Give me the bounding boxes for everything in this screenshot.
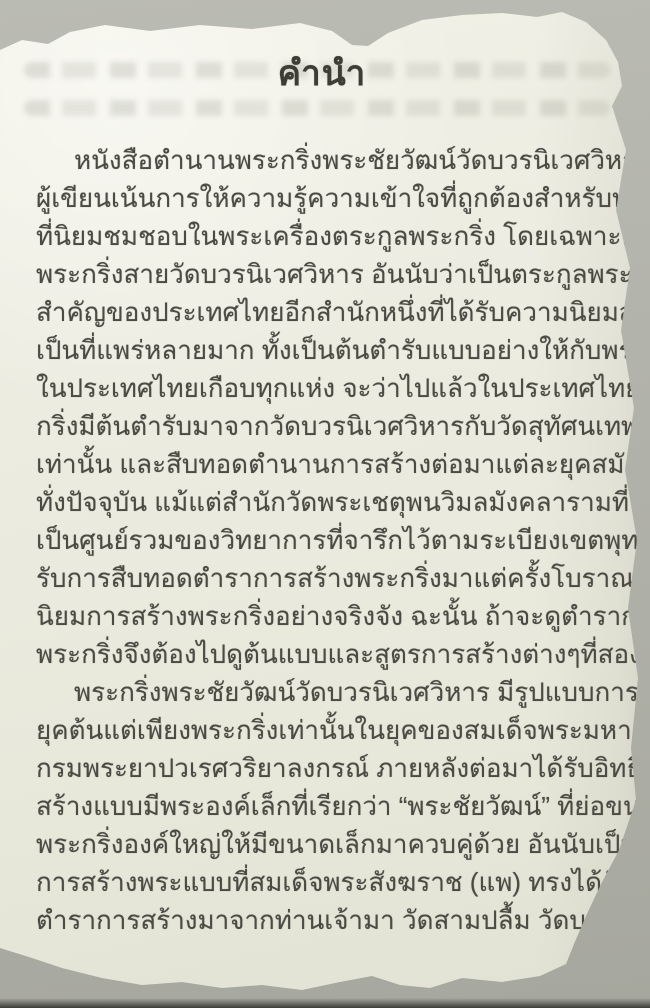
book-page-photo: คำนำ หนังสือตำนานพระกริ่งพระชัยวัฒน์วัดบ… (0, 0, 650, 1008)
text-line: พระกริ่งพระชัยวัฒน์วัดบวรนิเวศวิหาร มีรู… (36, 673, 614, 711)
text-line: ตำราการสร้างมาจากท่านเจ้ามา วัดสามปลื้ม … (36, 901, 614, 939)
text-line: พระกริ่งองค์ใหญ่ให้มีขนาดเล็กมาควบคู่ด้ว… (36, 825, 614, 863)
text-line: นิยมการสร้างพระกริ่งอย่างจริงจัง ฉะนั้น … (36, 597, 614, 635)
text-line: สร้างแบบมีพระองค์เล็กที่เรียกว่า “พระชัย… (36, 787, 614, 825)
text-line: ผู้เขียนเน้นการให้ความรู้ความเข้าใจที่ถู… (36, 179, 614, 217)
text-line: เป็นที่แพร่หลายมาก ทั้งเป็นต้นตำรับแบบอย… (36, 331, 614, 369)
text-line: สำคัญของประเทศไทยอีกสำนักหนึ่งที่ได้รับค… (36, 293, 614, 331)
text-line: กริ่งมีต้นตำรับมาจากวัดบวรนิเวศวิหารกับว… (36, 407, 614, 445)
text-line: เป็นศูนย์รวมของวิทยาการที่จารึกไว้ตามระเ… (36, 521, 614, 559)
paper-sheet: คำนำ หนังสือตำนานพระกริ่งพระชัยวัฒน์วัดบ… (0, 0, 650, 1008)
page-title: คำนำ (0, 46, 644, 101)
bleedthrough-line (24, 100, 610, 116)
text-line: พระกริ่งจึงต้องไปดูต้นแบบและสูตรการสร้าง… (36, 635, 614, 673)
text-line: กรมพระยาปวเรศวริยาลงกรณ์ ภายหลังต่อมาได้… (36, 749, 614, 787)
text-line: ยุคต้นแต่เพียงพระกริ่งเท่านั้นในยุคของสม… (36, 711, 614, 749)
text-line: ทั่งปัจจุบัน แม้แต่สำนักวัดพระเชตุพนวิมล… (36, 483, 614, 521)
text-line: การสร้างพระแบบที่สมเด็จพระสังฆราช (แพ) ท… (36, 863, 614, 901)
text-line: หนังสือตำนานพระกริ่งพระชัยวัฒน์วัดบวรนิเ… (36, 141, 614, 179)
text-line: เท่านั้น และสืบทอดตำนานการสร้างต่อมาแต่ล… (36, 445, 614, 483)
text-line: พระกริ่งสายวัดบวรนิเวศวิหาร อันนับว่าเป็… (36, 255, 614, 293)
body-text: หนังสือตำนานพระกริ่งพระชัยวัฒน์วัดบวรนิเ… (36, 141, 614, 939)
text-line: ที่นิยมชมชอบในพระเครื่องตระกูลพระกริ่ง โ… (36, 217, 614, 255)
photo-edge-strip (0, 998, 650, 1008)
text-line: ในประเทศไทยเกือบทุกแห่ง จะว่าไปแล้วในประ… (36, 369, 614, 407)
text-line: รับการสืบทอดตำราการสร้างพระกริ่งมาแต่ครั… (36, 559, 614, 597)
